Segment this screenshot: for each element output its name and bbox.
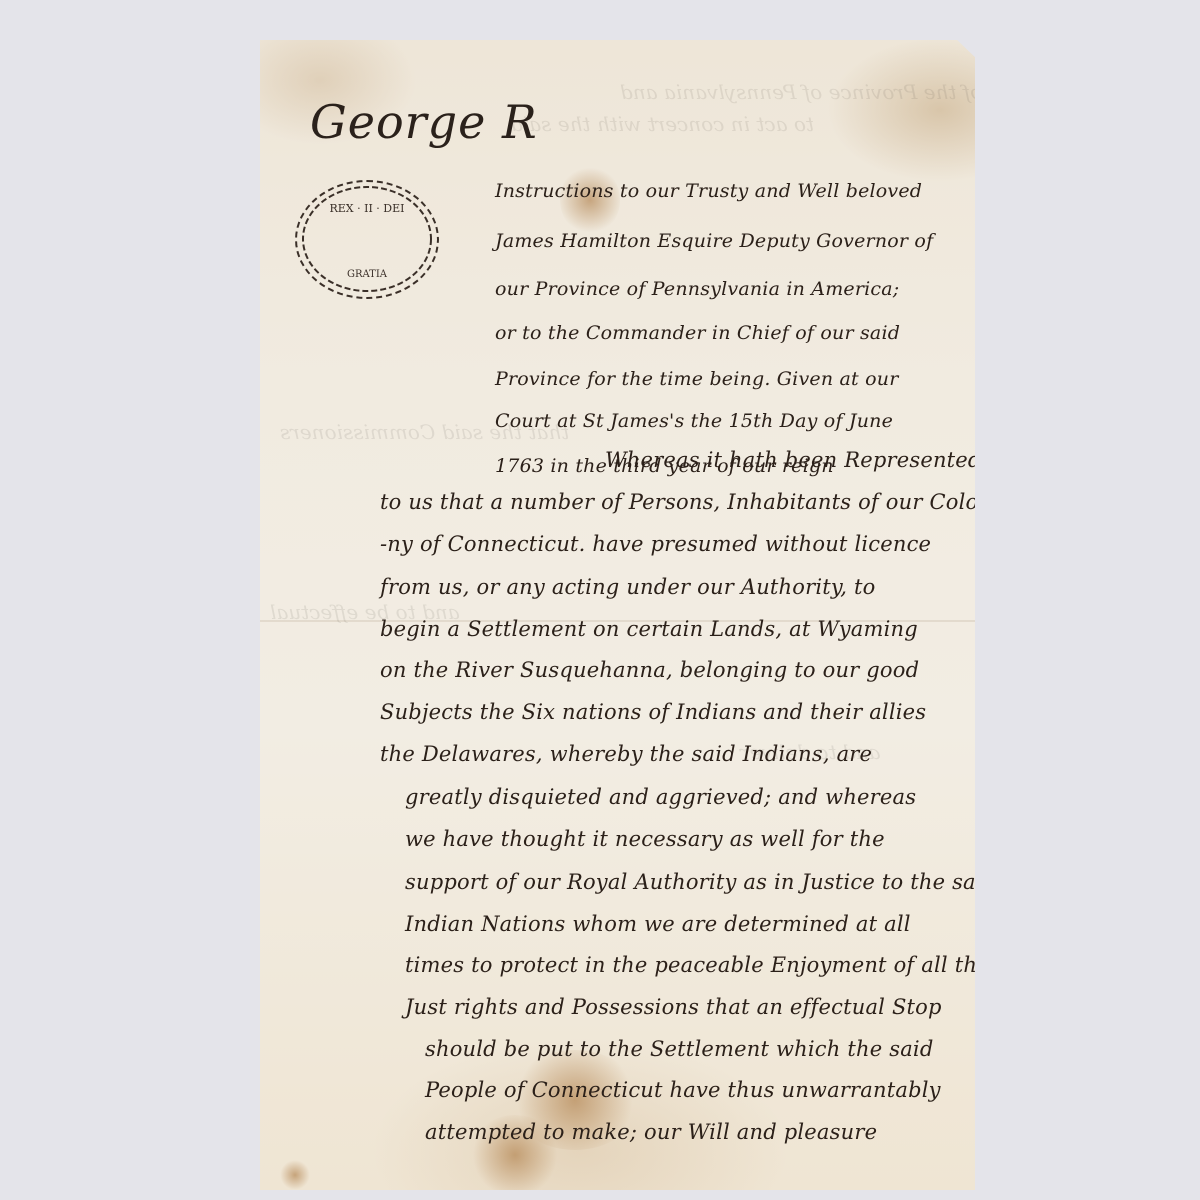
heading-line: our Province of Pennsylvania in America; bbox=[495, 278, 899, 300]
body-line: attempted to make; our Will and pleasure bbox=[425, 1120, 877, 1144]
svg-text:GRATIA: GRATIA bbox=[347, 269, 388, 280]
svg-text:REX · II · DEI: REX · II · DEI bbox=[329, 202, 404, 215]
body-line: -ny of Connecticut. have presumed withou… bbox=[380, 532, 931, 556]
heading-line: James Hamilton Esquire Deputy Governor o… bbox=[495, 230, 933, 252]
body-line: Indian Nations whom we are determined at… bbox=[405, 912, 911, 936]
body-line: Whereas it hath been Represented bbox=[605, 448, 982, 472]
body-line: from us, or any acting under our Authori… bbox=[380, 575, 875, 599]
body-line: greatly disquieted and aggrieved; and wh… bbox=[405, 785, 916, 809]
heading-line: or to the Commander in Chief of our said bbox=[495, 322, 900, 344]
body-line: support of our Royal Authority as in Jus… bbox=[405, 870, 996, 894]
body-line: we have thought it necessary as well for… bbox=[405, 827, 885, 851]
body-line: Subjects the Six nations of Indians and … bbox=[380, 700, 926, 724]
heading-line: Province for the time being. Given at ou… bbox=[495, 368, 898, 390]
body-line: begin a Settlement on certain Lands, at … bbox=[380, 617, 918, 641]
seal-icon: REX · II · DEI GRATIA bbox=[297, 182, 437, 297]
body-line: should be put to the Settlement which th… bbox=[425, 1037, 933, 1061]
seal-stamp: REX · II · DEI GRATIA bbox=[295, 180, 439, 299]
heading-line: Instructions to our Trusty and Well belo… bbox=[495, 180, 922, 202]
edge-stain bbox=[280, 1160, 310, 1190]
body-line: times to protect in the peaceable Enjoym… bbox=[405, 953, 1007, 977]
manuscript-page: of the Province of Pennsylvania and to a… bbox=[260, 40, 975, 1190]
royal-signature: George R bbox=[310, 95, 538, 149]
body-line: the Delawares, whereby the said Indians,… bbox=[380, 742, 872, 766]
body-line: People of Connecticut have thus unwarran… bbox=[425, 1078, 941, 1102]
body-line: Just rights and Possessions that an effe… bbox=[405, 995, 942, 1019]
bleed-through-text: of the Province of Pennsylvania and bbox=[620, 80, 982, 104]
body-line: on the River Susquehanna, belonging to o… bbox=[380, 658, 919, 682]
bleed-through-text: to act in concert with the said bbox=[510, 112, 814, 136]
heading-line: Court at St James's the 15th Day of June bbox=[495, 410, 893, 432]
body-line: to us that a number of Persons, Inhabita… bbox=[380, 490, 986, 514]
